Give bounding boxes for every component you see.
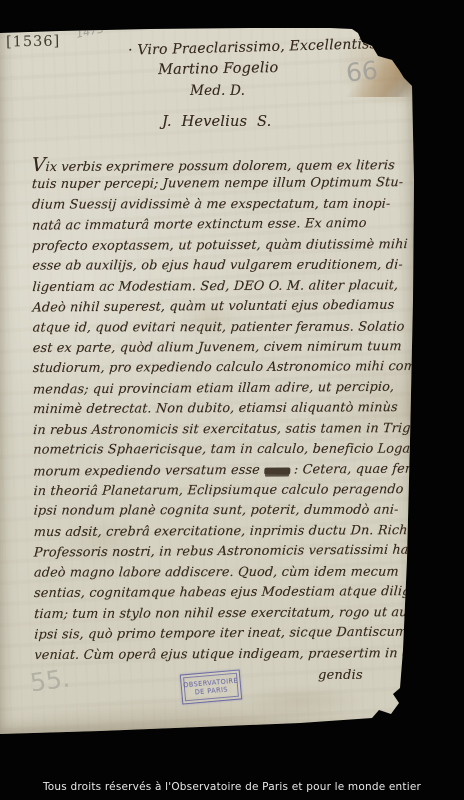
manuscript-page: [1536] 1473 66 · Viro Praeclarissimo, Ex…: [0, 0, 420, 740]
manuscript-line: Adeò nihil superest, quàm ut voluntati e…: [32, 296, 415, 319]
manuscript-line: ligentiam ac Modestiam. Sed, DEO O. M. a…: [32, 276, 415, 298]
scan-background: [1536] 1473 66 · Viro Praeclarissimo, Ex…: [0, 0, 464, 800]
manuscript-line: tiam; tum in stylo non nihil esse exerci…: [33, 603, 416, 625]
archival-number: [1536]: [6, 34, 60, 51]
pencil-inventory-number: 1473: [75, 22, 105, 41]
catchword: gendis: [318, 668, 363, 683]
paper-stain: [235, 684, 365, 718]
manuscript-line: morum expediendo versatum esse: Cetera, …: [33, 459, 416, 482]
manuscript-line: ipsi sis, quò primo tempore iter ineat, …: [34, 623, 417, 646]
letter-heading-line: · Viro Praeclarissimo, Excellentissimo: [128, 35, 404, 58]
manuscript-line: nometricis Sphaericisque, tam in calculo…: [33, 440, 416, 461]
manuscript-line-text: morum expediendo versatum esse: [33, 462, 260, 479]
manuscript-line: natâ ac immaturâ morte extinctum esse. E…: [31, 214, 414, 237]
manuscript-line: sentias, cognitamque habeas ejus Modesti…: [33, 582, 416, 604]
copyright-footer: Tous droits réservés à l'Observatoire de…: [0, 781, 464, 793]
manuscript-line-text: : Cetera, quae ferè: [293, 461, 419, 477]
manuscript-line: mus adsit, crebrâ exercitatione, inprimi…: [33, 521, 416, 543]
manuscript-line: minimè detrectat. Non dubito, etiamsi al…: [32, 398, 415, 420]
manuscript-line: est ex parte, quòd alium Juvenem, civem …: [32, 337, 415, 359]
observatory-stamp-inner-border: OBSERVATOIRE DE PARIS: [183, 673, 239, 702]
letter-heading-line: Med. D.: [190, 83, 245, 99]
manuscript-line: atque id, quod evitari nequit, patienter…: [32, 317, 415, 338]
manuscript-line: Vix verbis exprimere possum dolorem, que…: [31, 153, 414, 175]
manuscript-line: Professoris nostri, in rebus Astronomici…: [33, 541, 416, 564]
stamp-line: DE PARIS: [194, 686, 228, 697]
manuscript-line: mendas; qui provinciam etiam illam adire…: [32, 377, 415, 400]
manuscript-line: profecto exoptassem, ut potuisset, quàm …: [31, 235, 414, 257]
letter-salutation: J. Hevelius S.: [162, 114, 271, 130]
manuscript-line: ipsi nondum planè cognita sunt, poterit,…: [33, 501, 416, 522]
manuscript-line: dium Suessij avidissimè à me exspectatum…: [31, 194, 414, 215]
ink-deletion: [264, 467, 290, 474]
manuscript-line: veniat. Cùm operâ ejus utique indigeam, …: [34, 643, 417, 665]
manuscript-line: adeò magno labore addiscere. Quod, cùm i…: [33, 562, 416, 583]
manuscript-line: in theoriâ Planetarum, Eclipsiumque calc…: [33, 480, 416, 502]
observatory-stamp: OBSERVATOIRE DE PARIS: [180, 669, 242, 704]
folio-number: 66: [345, 55, 380, 87]
letter-body: Vix verbis exprimere possum dolorem, que…: [32, 153, 417, 666]
letter-heading-line: Martino Fogelio: [158, 60, 279, 78]
manuscript-line: studiorum, pro expediendo calculo Astron…: [32, 357, 415, 379]
manuscript-line: in rebus Astronomicis sit exercitatus, s…: [32, 419, 415, 441]
manuscript-line: tuis nuper percepi; Juvenem nempe illum …: [31, 173, 414, 195]
page-number: 55.: [28, 663, 71, 697]
manuscript-line: esse ab auxilijs, ob ejus haud vulgarem …: [32, 256, 415, 277]
